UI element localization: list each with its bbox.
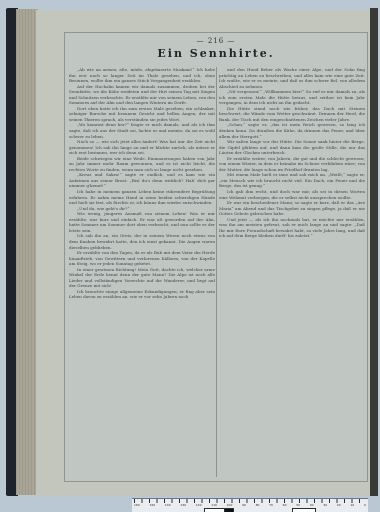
left-column: „Ah wie an armen, alte, müde, abgehasert…	[69, 67, 215, 477]
ruler-label: 70	[269, 503, 273, 507]
color-patch	[224, 508, 234, 512]
color-patch	[292, 508, 316, 512]
paragraph: Er erzählte von den Tagen, da er als Bub…	[69, 250, 215, 267]
paragraph: „Wo kommst denn her?“ fragte er mich dam…	[69, 122, 215, 139]
paragraph: Ich habe in meinem ganzen Leben keine rü…	[69, 189, 215, 206]
ruler-label: 10	[350, 503, 354, 507]
paragraph: Mit einem Male hielt er inne und sah mic…	[219, 172, 365, 189]
paragraph: „Kreuz und Sakra!“ sagte er endlich, und…	[69, 172, 215, 189]
ruler-label: 120	[196, 503, 202, 507]
book-cover-edge	[370, 8, 378, 496]
paragraph: Dort oben hatte ich ihn zum ersten Male …	[69, 106, 215, 123]
paragraph: Ich gab ihm recht, und doch war mir, als…	[219, 189, 365, 200]
ruler-labels: 160 150 140 130 120 110 100 90 80 70 60 …	[134, 503, 366, 507]
paragraph: Wir saßen lange vor der Hütte. Die Sonne…	[219, 139, 365, 156]
ruler-label: 50	[296, 503, 300, 507]
page-number: — 216 —	[65, 37, 367, 45]
ruler-label: 0	[364, 503, 366, 507]
paragraph: und den Hund Beber als Wache einer Alpe,…	[219, 67, 365, 89]
ruler-label: 90	[242, 503, 246, 507]
paragraph: Nach so — wie sich jetzt alles ändert! W…	[69, 139, 215, 156]
article-title: Ein Sennhirte.	[65, 47, 367, 60]
right-column: und den Hund Beber als Wache einer Alpe,…	[219, 67, 365, 477]
ruler-label: 80	[256, 503, 260, 507]
page-stack-edge	[16, 9, 38, 495]
ruler-label: 100	[227, 503, 233, 507]
ruler-label: 130	[180, 503, 186, 507]
ruler-label: 60	[283, 503, 287, 507]
paragraph: Ich sah ihn an, ein Greis, der in seinem…	[69, 233, 215, 250]
measurement-ruler: 160 150 140 130 120 110 100 90 80 70 60 …	[132, 498, 368, 512]
paragraph: Er war ein bescheidener Mann; so sagte e…	[219, 200, 365, 217]
text-frame: — 216 — Ein Sennhirte. „Ah wie an armen,…	[64, 32, 368, 482]
paragraph: Er erzählte weiter, von Jahren, die gut …	[219, 156, 365, 173]
paragraph: Beide schwiegen wir eine Weile. Einmauer…	[69, 156, 215, 173]
ruler-label: 150	[149, 503, 155, 507]
paragraph: Wie wenig, jüngeres Ausmaß von seinem Le…	[69, 211, 215, 233]
paragraph: Und jetzt — als ich ihn nochmals bat, er…	[219, 217, 365, 239]
paragraph: „Schau,“ sagte er, „das ist mein Reich g…	[219, 122, 365, 139]
column-divider	[216, 67, 217, 477]
ruler-label: 20	[337, 503, 341, 507]
ruler-label: 30	[323, 503, 327, 507]
ruler-label: 110	[211, 503, 217, 507]
ruler-label: 40	[310, 503, 314, 507]
ruler-label: 160	[134, 503, 140, 507]
ruler-label: 140	[165, 503, 171, 507]
paragraph: Ich brauchte einige allgemeine Erkundigu…	[69, 289, 215, 300]
paragraph: Die Hütte stand noch wie früher, das Dac…	[219, 106, 365, 123]
paragraph: Auf der Hochalm kamen wir damals zusamme…	[69, 84, 215, 106]
paragraph: In einer gewissen Richtung! Mein Gott, d…	[69, 267, 215, 289]
paragraph: „Nit vergessen!“ „Willkommen hier!“ So r…	[219, 89, 365, 106]
paragraph: „Ah wie an armen, alte, müde, abgehasert…	[69, 67, 215, 84]
